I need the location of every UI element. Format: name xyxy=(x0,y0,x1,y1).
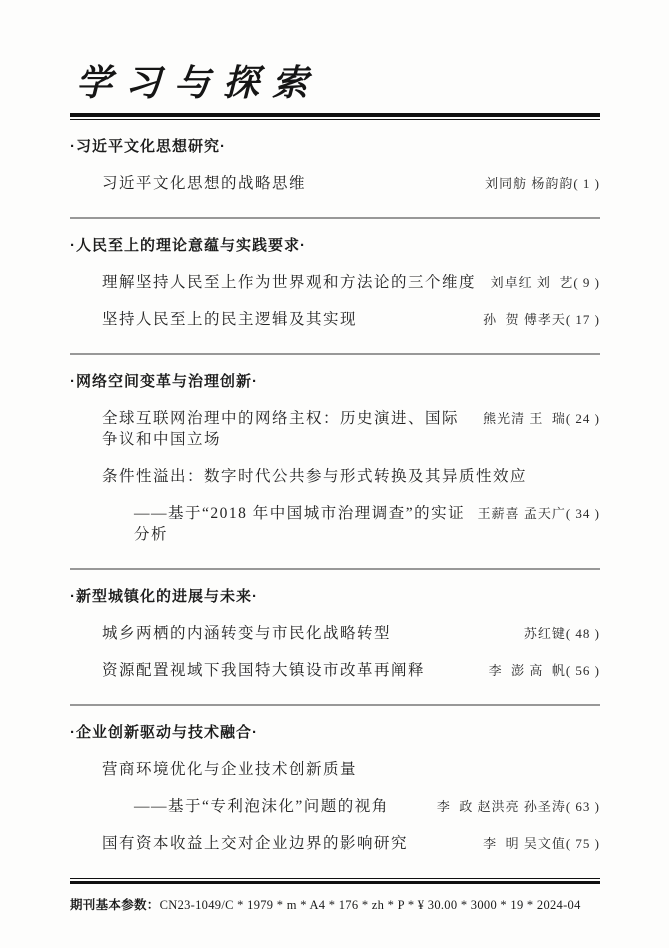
article-subtitle-row: ——基于“2018 年中国城市治理调查”的实证分析 王薪喜 孟天广( 34 ) xyxy=(70,503,600,545)
article-authors: 李 政 赵洪亮 孙圣涛 xyxy=(437,799,566,814)
article-subtitle-row: ——基于“专利泡沫化”问题的视角 李 政 赵洪亮 孙圣涛( 63 ) xyxy=(70,796,600,817)
article-title: 国有资本收益上交对企业边界的影响研究 xyxy=(102,833,408,854)
article-authors: 孙 贺 傅孝天 xyxy=(483,312,566,327)
article-title: 资源配置视域下我国特大镇设市改革再阐释 xyxy=(102,660,425,681)
article-page: ( 75 ) xyxy=(566,836,600,851)
section-header: ·人民至上的理论意蕴与实践要求· xyxy=(70,236,600,256)
article-subtitle: ——基于“专利泡沫化”问题的视角 xyxy=(134,796,389,817)
article-title: 理解坚持人民至上作为世界观和方法论的三个维度 xyxy=(102,272,476,293)
section-divider xyxy=(70,353,600,355)
article-page: ( 1 ) xyxy=(573,176,600,191)
article-row: 坚持人民至上的民主逻辑及其实现 孙 贺 傅孝天( 17 ) xyxy=(70,309,600,330)
article-authors: 刘同舫 杨韵韵 xyxy=(485,176,573,191)
article-authors: 李 澎 高 帆 xyxy=(489,663,566,678)
article-authors-line: 李 政 赵洪亮 孙圣涛( 63 ) xyxy=(425,796,600,817)
article-page: ( 48 ) xyxy=(566,626,600,641)
article-title: 习近平文化思想的战略思维 xyxy=(102,173,306,194)
section-urbanization: ·新型城镇化的进展与未来· 城乡两栖的内涵转变与市民化战略转型 苏红键( 48 … xyxy=(70,587,600,706)
article-page: ( 24 ) xyxy=(566,411,600,426)
article-authors-line: 苏红键( 48 ) xyxy=(512,623,600,644)
section-people-first: ·人民至上的理论意蕴与实践要求· 理解坚持人民至上作为世界观和方法论的三个维度 … xyxy=(70,236,600,355)
section-header: ·习近平文化思想研究· xyxy=(70,137,600,157)
footer: 期刊基本参数：CN23-1049/C * 1979 * m * A4 * 176… xyxy=(70,895,600,913)
section-header: ·网络空间变革与治理创新· xyxy=(70,372,600,392)
article-row: 条件性溢出：数字时代公共参与形式转换及其异质性效应 xyxy=(70,466,600,487)
article-title: 营商环境优化与企业技术创新质量 xyxy=(102,759,357,780)
section-header: ·企业创新驱动与技术融合· xyxy=(70,723,600,743)
footer-value: CN23-1049/C * 1979 * m * A4 * 176 * zh *… xyxy=(160,898,581,912)
article-authors: 李 明 吴文值 xyxy=(483,836,566,851)
article-title: 全球互联网治理中的网络主权：历史演进、国际争议和中国立场 xyxy=(102,408,471,450)
section-divider xyxy=(70,217,600,219)
article-row: 习近平文化思想的战略思维 刘同舫 杨韵韵( 1 ) xyxy=(70,173,600,194)
article-row: 城乡两栖的内涵转变与市民化战略转型 苏红键( 48 ) xyxy=(70,623,600,644)
section-enterprise-innovation: ·企业创新驱动与技术融合· 营商环境优化与企业技术创新质量 ——基于“专利泡沫化… xyxy=(70,723,600,854)
article-authors-line: 孙 贺 傅孝天( 17 ) xyxy=(471,309,600,330)
article-title: 坚持人民至上的民主逻辑及其实现 xyxy=(102,309,357,330)
article-row: 理解坚持人民至上作为世界观和方法论的三个维度 刘卓红 刘 艺( 9 ) xyxy=(70,272,600,293)
article-authors-line: 李 明 吴文值( 75 ) xyxy=(471,833,600,854)
masthead-rule xyxy=(70,113,600,120)
section-divider xyxy=(70,568,600,570)
article-authors-line: 王薪喜 孟天广( 34 ) xyxy=(466,503,600,524)
article-page: ( 56 ) xyxy=(566,663,600,678)
article-title: 城乡两栖的内涵转变与市民化战略转型 xyxy=(102,623,391,644)
article-row: 国有资本收益上交对企业边界的影响研究 李 明 吴文值( 75 ) xyxy=(70,833,600,854)
article-subtitle: ——基于“2018 年中国城市治理调查”的实证分析 xyxy=(134,503,466,545)
article-page: ( 17 ) xyxy=(566,312,600,327)
article-page: ( 63 ) xyxy=(566,799,600,814)
journal-title: 学习与探索 xyxy=(70,62,600,105)
article-authors: 苏红键 xyxy=(524,626,566,641)
article-row: 全球互联网治理中的网络主权：历史演进、国际争议和中国立场 熊光清 王 瑞( 24… xyxy=(70,408,600,450)
article-row: 营商环境优化与企业技术创新质量 xyxy=(70,759,600,780)
article-row: 资源配置视域下我国特大镇设市改革再阐释 李 澎 高 帆( 56 ) xyxy=(70,660,600,681)
footer-rule xyxy=(70,878,600,884)
article-page: ( 34 ) xyxy=(566,506,600,521)
footer-label: 期刊基本参数： xyxy=(70,898,160,912)
article-page: ( 9 ) xyxy=(573,275,600,290)
article-authors-line: 刘卓红 刘 艺( 9 ) xyxy=(479,272,600,293)
journal-toc-page: 学习与探索 ·习近平文化思想研究· 习近平文化思想的战略思维 刘同舫 杨韵韵( … xyxy=(0,0,669,948)
article-authors: 熊光清 王 瑞 xyxy=(483,411,566,426)
article-authors: 王薪喜 孟天广 xyxy=(478,506,566,521)
section-divider xyxy=(70,704,600,706)
section-xi-culture: ·习近平文化思想研究· 习近平文化思想的战略思维 刘同舫 杨韵韵( 1 ) xyxy=(70,137,600,219)
article-authors-line: 刘同舫 杨韵韵( 1 ) xyxy=(473,173,600,194)
section-cyberspace: ·网络空间变革与治理创新· 全球互联网治理中的网络主权：历史演进、国际争议和中国… xyxy=(70,372,600,570)
article-authors-line: 李 澎 高 帆( 56 ) xyxy=(477,660,600,681)
article-title: 条件性溢出：数字时代公共参与形式转换及其异质性效应 xyxy=(102,466,527,487)
article-authors: 刘卓红 刘 艺 xyxy=(491,275,574,290)
article-authors-line: 熊光清 王 瑞( 24 ) xyxy=(471,408,600,429)
section-header: ·新型城镇化的进展与未来· xyxy=(70,587,600,607)
